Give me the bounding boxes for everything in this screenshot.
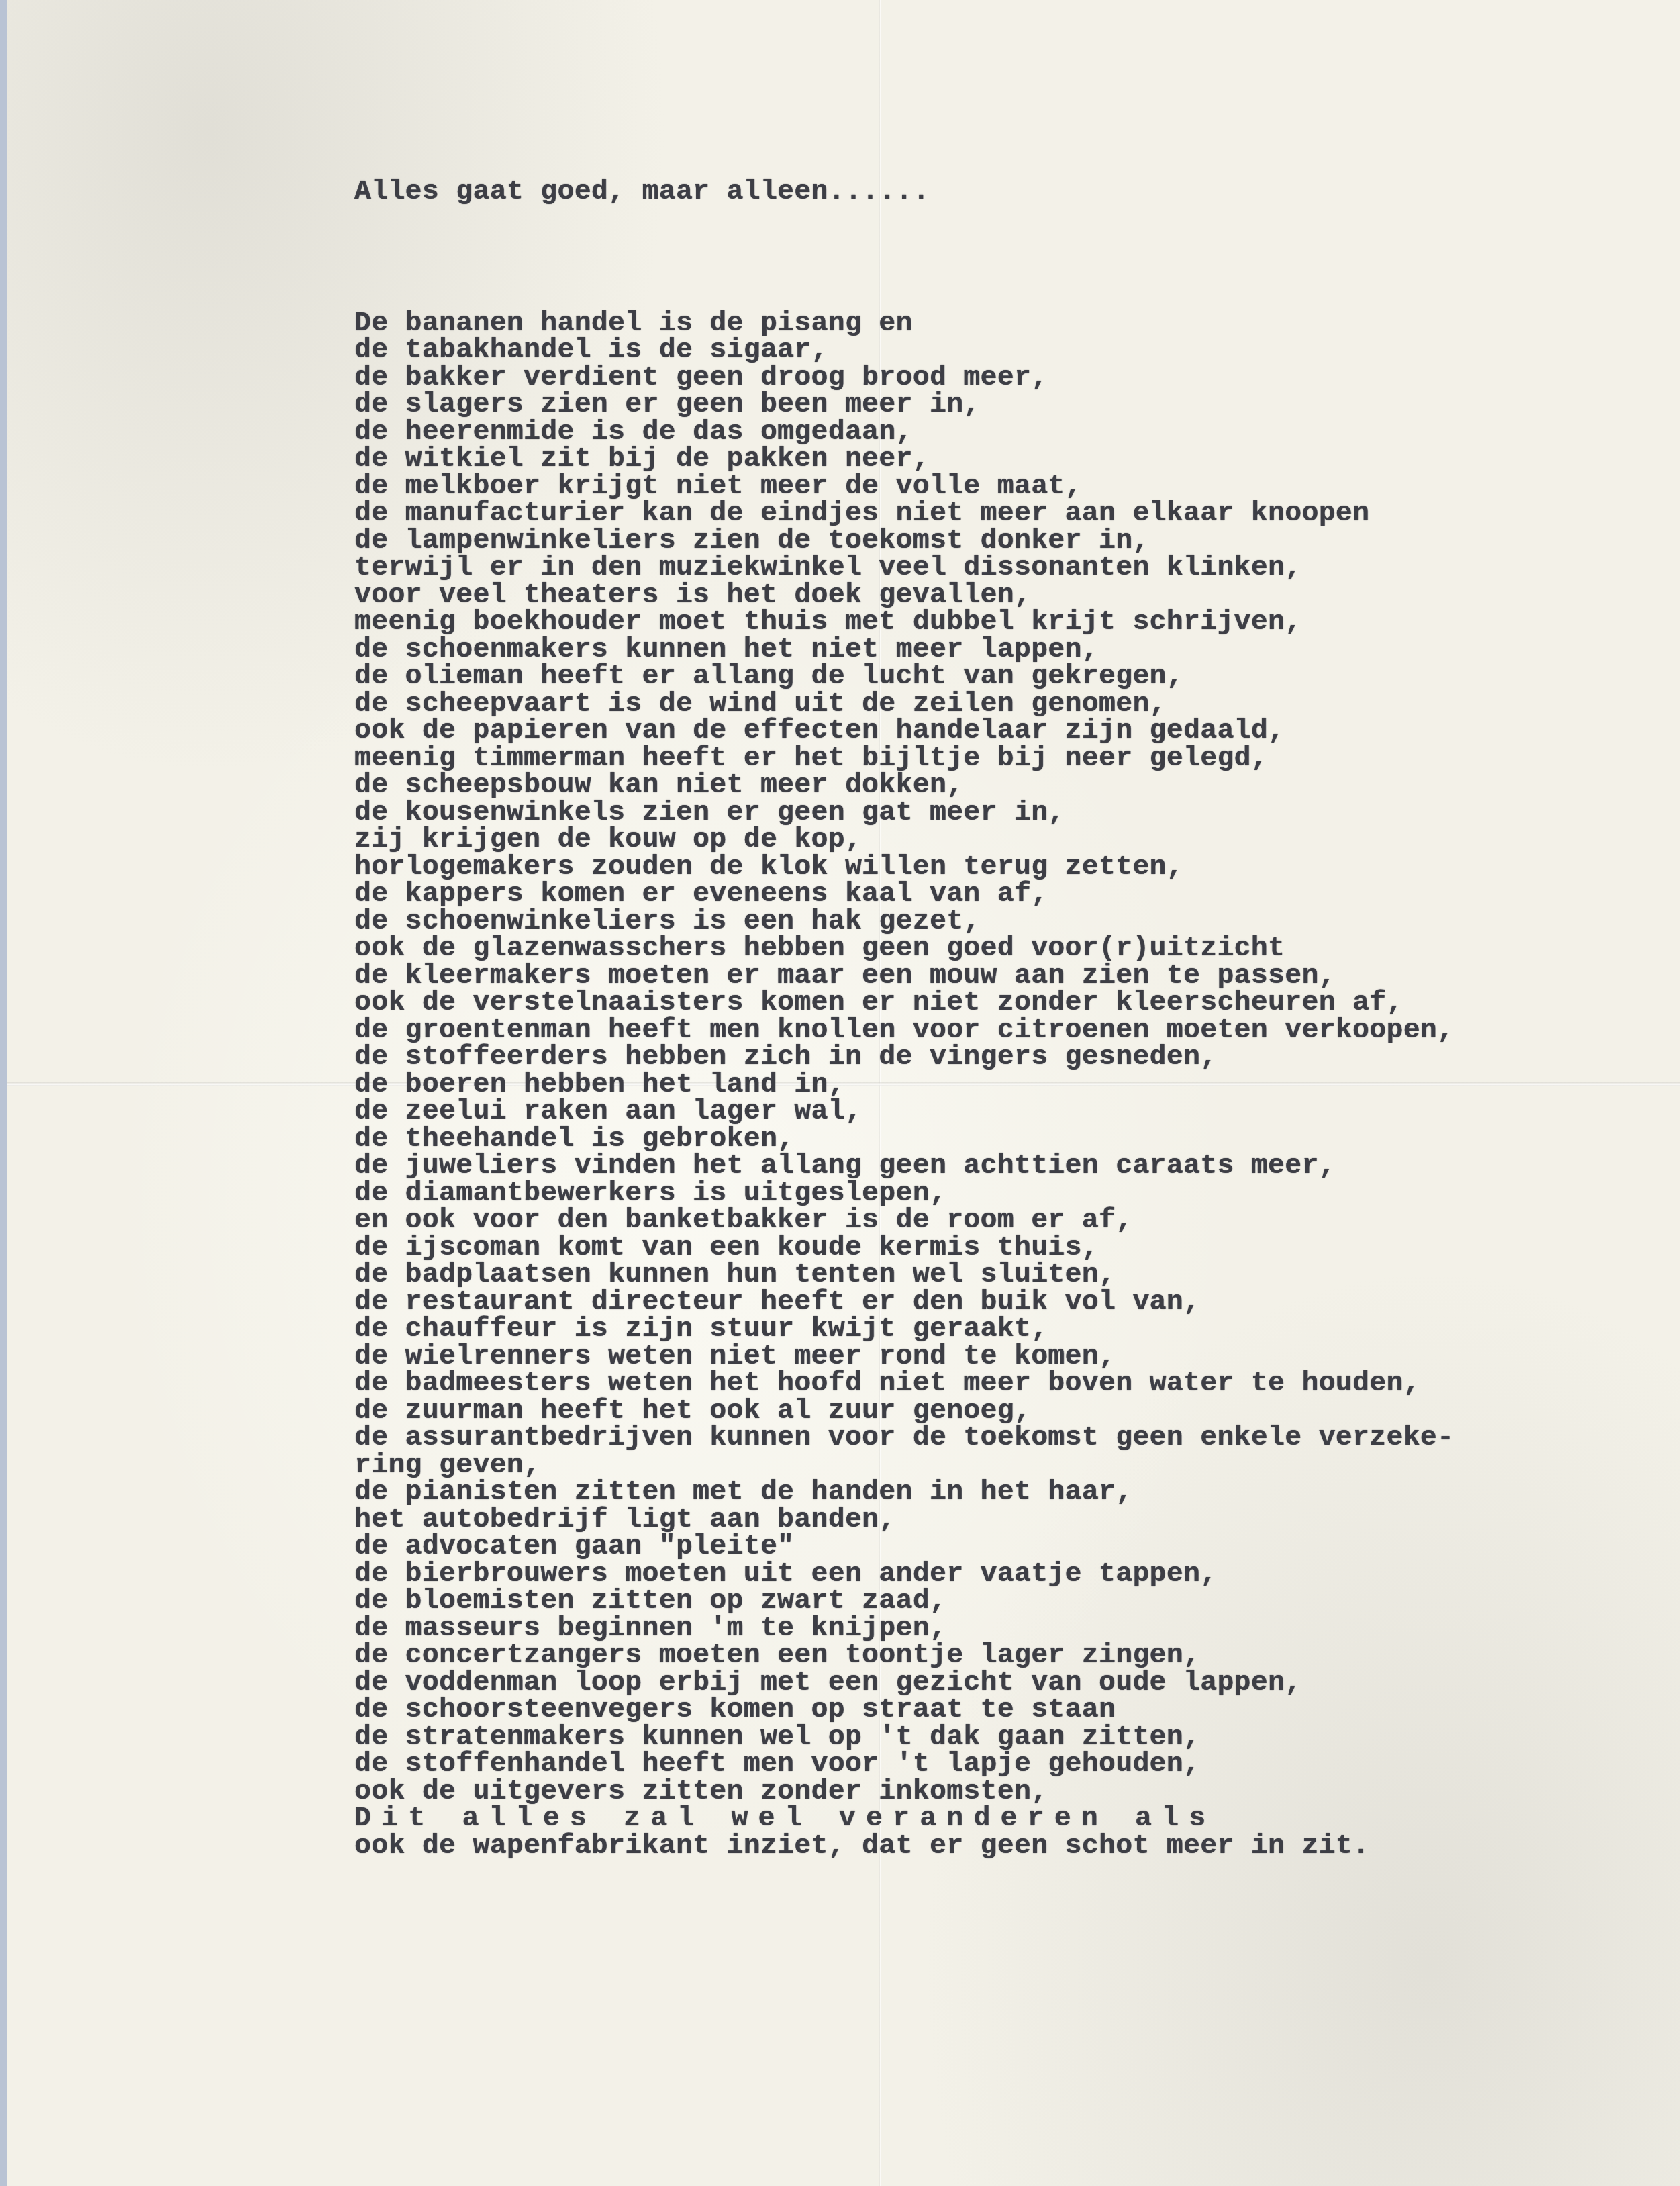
poem-line: horlogemakers zouden de klok willen teru… bbox=[354, 854, 1454, 882]
poem-line: de badplaatsen kunnen hun tenten wel slu… bbox=[354, 1262, 1454, 1289]
poem-body: De bananen handel is de pisang ende taba… bbox=[354, 310, 1454, 1860]
poem-line: de melkboer krijgt niet meer de volle ma… bbox=[354, 473, 1454, 501]
poem-line: de pianisten zitten met de handen in het… bbox=[354, 1479, 1454, 1507]
poem-line: de slagers zien er geen been meer in, bbox=[354, 391, 1454, 419]
scanned-document-page: Alles gaat goed, maar alleen...... De ba… bbox=[0, 0, 1680, 2186]
poem-line: de concertzangers moeten een toontje lag… bbox=[354, 1642, 1454, 1670]
poem-line: terwijl er in den muziekwinkel veel diss… bbox=[354, 555, 1454, 582]
poem-line: meenig timmerman heeft er het bijltje bi… bbox=[354, 745, 1454, 773]
poem-line: de tabakhandel is de sigaar, bbox=[354, 337, 1454, 365]
poem-line: de badmeesters weten het hoofd niet meer… bbox=[354, 1370, 1454, 1398]
poem-line: de schoenwinkeliers is een hak gezet, bbox=[354, 908, 1454, 936]
poem-line: de zeelui raken aan lager wal, bbox=[354, 1098, 1454, 1126]
typewritten-text-block: Alles gaat goed, maar alleen...... De ba… bbox=[354, 115, 1454, 1923]
poem-line: de masseurs beginnen 'm te knijpen, bbox=[354, 1615, 1454, 1643]
poem-line: de heerenmide is de das omgedaan, bbox=[354, 419, 1454, 446]
poem-title: Alles gaat goed, maar alleen...... bbox=[354, 179, 1454, 206]
poem-line: de groentenman heeft men knollen voor ci… bbox=[354, 1017, 1454, 1045]
poem-line: de ijscoman komt van een koude kermis th… bbox=[354, 1235, 1454, 1262]
poem-line: de theehandel is gebroken, bbox=[354, 1126, 1454, 1153]
poem-line: de schoorsteenvegers komen op straat te … bbox=[354, 1697, 1454, 1724]
poem-line: de diamantbewerkers is uitgeslepen, bbox=[354, 1180, 1454, 1208]
poem-line: de schoenmakers kunnen het niet meer lap… bbox=[354, 636, 1454, 664]
poem-line: de kousenwinkels zien er geen gat meer i… bbox=[354, 800, 1454, 827]
poem-line: de lampenwinkeliers zien de toekomst don… bbox=[354, 528, 1454, 555]
poem-line: de scheepvaart is de wind uit de zeilen … bbox=[354, 691, 1454, 718]
poem-line: de stratenmakers kunnen wel op 't dak ga… bbox=[354, 1724, 1454, 1752]
poem-line: de kleermakers moeten er maar een mouw a… bbox=[354, 963, 1454, 990]
poem-line: de chauffeur is zijn stuur kwijt geraakt… bbox=[354, 1316, 1454, 1343]
poem-line: de advocaten gaan "pleite" bbox=[354, 1533, 1454, 1561]
poem-line: en ook voor den banketbakker is de room … bbox=[354, 1207, 1454, 1235]
poem-line: de restaurant directeur heeft er den bui… bbox=[354, 1289, 1454, 1317]
poem-line: meenig boekhouder moet thuis met dubbel … bbox=[354, 609, 1454, 636]
poem-line: de zuurman heeft het ook al zuur genoeg, bbox=[354, 1398, 1454, 1425]
poem-line: de juweliers vinden het allang geen acht… bbox=[354, 1153, 1454, 1180]
poem-line: Dit alles zal wel veranderen als bbox=[354, 1805, 1454, 1833]
poem-line: ook de uitgevers zitten zonder inkomsten… bbox=[354, 1778, 1454, 1806]
poem-line: de assurantbedrijven kunnen voor de toek… bbox=[354, 1425, 1454, 1452]
poem-line: De bananen handel is de pisang en bbox=[354, 310, 1454, 338]
poem-line: de bierbrouwers moeten uit een ander vaa… bbox=[354, 1561, 1454, 1588]
poem-line: de bloemisten zitten op zwart zaad, bbox=[354, 1588, 1454, 1615]
poem-line: de witkiel zit bij de pakken neer, bbox=[354, 446, 1454, 473]
poem-line: de kappers komen er eveneens kaal van af… bbox=[354, 881, 1454, 908]
poem-line: de stoffeerders hebben zich in de vinger… bbox=[354, 1044, 1454, 1072]
poem-line: ook de wapenfabrikant inziet, dat er gee… bbox=[354, 1833, 1454, 1860]
poem-line: de olieman heeft er allang de lucht van … bbox=[354, 663, 1454, 691]
poem-line: de voddenman loop erbij met een gezicht … bbox=[354, 1670, 1454, 1697]
poem-line: voor veel theaters is het doek gevallen, bbox=[354, 582, 1454, 610]
poem-line: de manufacturier kan de eindjes niet mee… bbox=[354, 500, 1454, 528]
poem-line: ring geven, bbox=[354, 1452, 1454, 1480]
poem-line: het autobedrijf ligt aan banden, bbox=[354, 1507, 1454, 1534]
poem-line: de scheepsbouw kan niet meer dokken, bbox=[354, 772, 1454, 800]
poem-line: ook de verstelnaaisters komen er niet zo… bbox=[354, 990, 1454, 1017]
poem-line: de boeren hebben het land in, bbox=[354, 1072, 1454, 1099]
poem-line: de bakker verdient geen droog brood meer… bbox=[354, 365, 1454, 392]
poem-line: ook de glazenwasschers hebben geen goed … bbox=[354, 935, 1454, 963]
poem-line: zij krijgen de kouw op de kop, bbox=[354, 826, 1454, 854]
poem-line: ook de papieren van de effecten handelaa… bbox=[354, 718, 1454, 745]
poem-line: de stoffenhandel heeft men voor 't lapje… bbox=[354, 1751, 1454, 1778]
poem-line: de wielrenners weten niet meer rond te k… bbox=[354, 1343, 1454, 1371]
